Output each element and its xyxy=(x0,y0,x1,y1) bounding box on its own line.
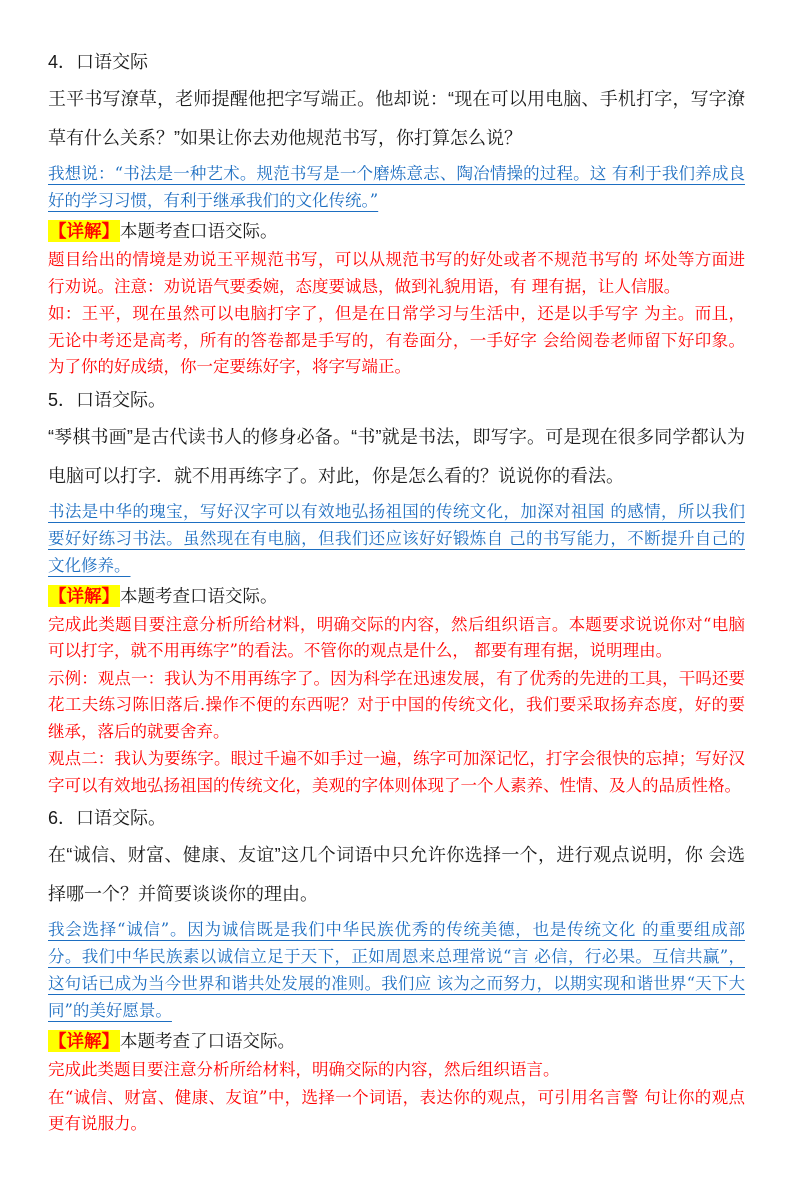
explanation-paragraph: 完成此类题目要注意分析所给材料，明确交际的内容，然后组织语言。本题要求说说你对“… xyxy=(48,612,745,665)
answer-text: 我会选择“诚信”。因为诚信既是我们中华民族优秀的传统美德，也是传统文化 的重要组… xyxy=(48,916,745,1024)
detail-intro: 本题考查口语交际。 xyxy=(120,221,278,241)
detail-intro: 本题考查了口语交际。 xyxy=(120,1031,295,1051)
answer-text: 书法是中华的瑰宝，写好汉字可以有效地弘扬祖国的传统文化，加深对祖国 的感情，所以… xyxy=(48,498,745,579)
detail-tag: 【详解】 xyxy=(48,220,120,242)
explanation-paragraph: 示例：观点一：我认为不用再练字了。因为科学在迅速发展，有了优秀的先进的工具，干吗… xyxy=(48,666,745,746)
question-number: 5．口语交际。 xyxy=(48,382,745,418)
explanation-paragraph: 在“诚信、财富、健康、友谊”中，选择一个词语，表达你的观点，可引用名言警 句让你… xyxy=(48,1085,745,1138)
detail-line: 【详解】本题考查了口语交际。 xyxy=(48,1027,745,1055)
section-question-6: 6．口语交际。 在“诚信、财富、健康、友谊”这几个词语中只允许你选择一个，进行观… xyxy=(48,800,745,1138)
document-page: 4．口语交际 王平书写潦草，老师提醒他把字写端正。他却说：“现在可以用电脑、手机… xyxy=(0,0,793,1179)
detail-tag: 【详解】 xyxy=(48,585,120,607)
answer-text: 我想说：“书法是一种艺术。规范书写是一个磨炼意志、陶冶情操的过程。这 有利于我们… xyxy=(48,160,745,214)
detail-line: 【详解】本题考查口语交际。 xyxy=(48,217,745,245)
explanation-paragraph: 观点二：我认为要练字。眼过千遍不如手过一遍，练字可加深记忆，打字会很快的忘掉；写… xyxy=(48,746,745,799)
explanation-paragraph: 完成此类题目要注意分析所给材料，明确交际的内容，然后组织语言。 xyxy=(48,1057,745,1084)
question-number: 4．口语交际 xyxy=(48,44,745,80)
section-question-5: 5．口语交际。 “琴棋书画”是古代读书人的修身必备。“书”就是书法，即写字。可是… xyxy=(48,382,745,800)
explanation-paragraph: 如：王平，现在虽然可以电脑打字了，但是在日常学习与生活中，还是以手写字 为主。而… xyxy=(48,301,745,381)
section-question-4: 4．口语交际 王平书写潦草，老师提醒他把字写端正。他却说：“现在可以用电脑、手机… xyxy=(48,44,745,381)
question-text: 在“诚信、财富、健康、友谊”这几个词语中只允许你选择一个，进行观点说明，你 会选… xyxy=(48,836,745,914)
detail-intro: 本题考查口语交际。 xyxy=(120,586,278,606)
detail-tag: 【详解】 xyxy=(48,1030,120,1052)
detail-line: 【详解】本题考查口语交际。 xyxy=(48,582,745,610)
explanation-paragraph: 题目给出的情境是劝说王平规范书写，可以从规范书写的好处或者不规范书写的 坏处等方… xyxy=(48,247,745,300)
question-text: “琴棋书画”是古代读书人的修身必备。“书”就是书法，即写字。可是现在很多同学都认… xyxy=(48,418,745,496)
question-number: 6．口语交际。 xyxy=(48,800,745,836)
question-text: 王平书写潦草，老师提醒他把字写端正。他却说：“现在可以用电脑、手机打字，写字潦草… xyxy=(48,80,745,158)
